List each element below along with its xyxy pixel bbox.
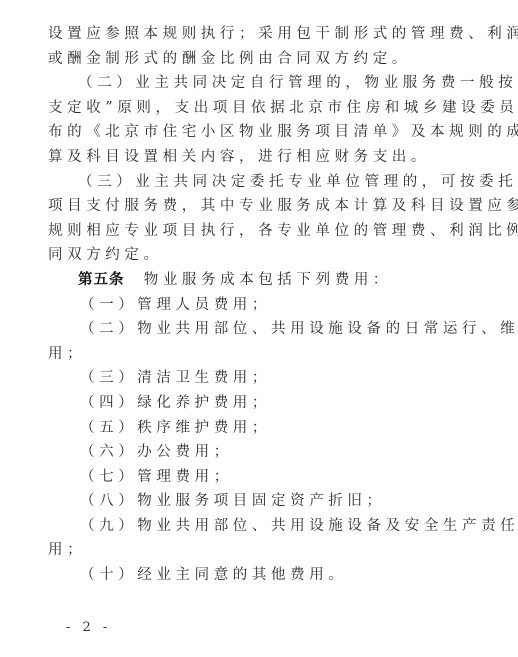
paragraph-line: 或酬金制形式的酬金比例由合同双方约定。 [48, 47, 442, 72]
article-heading: 第五条 [78, 272, 125, 288]
list-item: （四）绿化养护费用； [48, 391, 442, 416]
paragraph-line: 算及科目设置相关内容，进行相应财务支出。 [48, 145, 442, 170]
paragraph-line: 同双方约定。 [48, 243, 442, 268]
list-item: （二）物业共用部位、共用设施设备的日常运行、维护费 [48, 317, 442, 342]
list-item: （十）经业主同意的其他费用。 [48, 563, 442, 588]
list-item: （三）清洁卫生费用； [48, 366, 442, 391]
article-text: 物业服务成本包括下列费用： [144, 272, 392, 288]
article-5-line: 第五条 物业服务成本包括下列费用： [48, 268, 442, 293]
paragraph-line: 支定收”原则，支出项目依据北京市住房和城乡建设委员会发 [48, 96, 442, 121]
page-number: - 2 - [66, 620, 111, 635]
paragraph-line: 规则相应专业项目执行，各专业单位的管理费、利润比例由合 [48, 219, 442, 244]
document-page: 设置应参照本规则执行；采用包干制形式的管理费、利润比例 或酬金制形式的酬金比例由… [48, 22, 442, 588]
list-item: （一）管理人员费用； [48, 293, 442, 318]
list-item: （六）办公费用； [48, 440, 442, 465]
list-item: （七）管理费用； [48, 465, 442, 490]
list-item: （九）物业共用部位、共用设施设备及安全生产责任险费 [48, 514, 442, 539]
paragraph-line: （三）业主共同决定委托专业单位管理的，可按委托服务 [48, 170, 442, 195]
list-item: （五）秩序维护费用； [48, 416, 442, 441]
paragraph-line: 项目支付服务费，其中专业服务成本计算及科目设置应参照本 [48, 194, 442, 219]
list-item: （八）物业服务项目固定资产折旧； [48, 489, 442, 514]
paragraph-line: 设置应参照本规则执行；采用包干制形式的管理费、利润比例 [48, 22, 442, 47]
list-item-continuation: 用； [48, 342, 442, 367]
paragraph-line: 布的《北京市住宅小区物业服务项目清单》及本规则的成本计 [48, 120, 442, 145]
list-item-continuation: 用； [48, 538, 442, 563]
paragraph-line: （二）业主共同决定自行管理的，物业服务费一般按照“以 [48, 71, 442, 96]
